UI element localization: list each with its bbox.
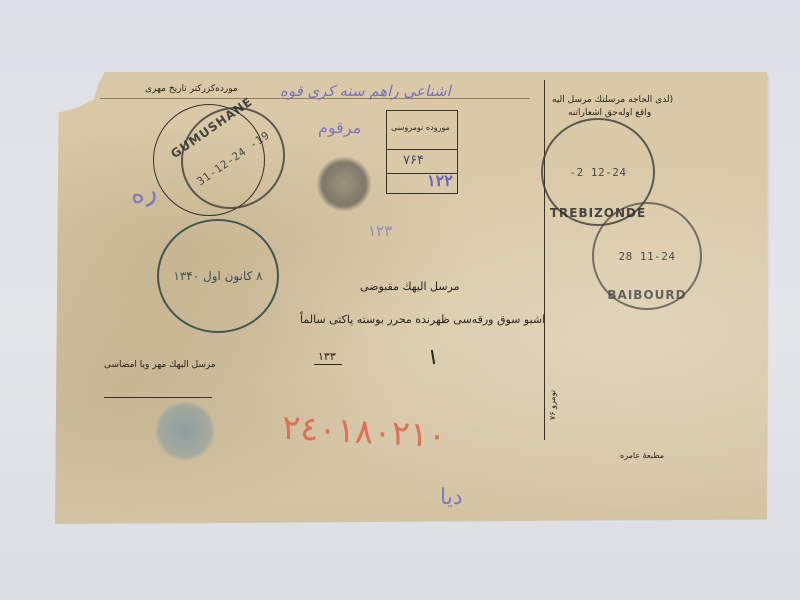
box-value-violet: ۱۲۲ — [427, 171, 453, 190]
registry-number-box: موروده نومروسی ۷۶۴ ۱۲۲ — [386, 110, 458, 194]
side-vertical-text: نومرو ۷۶ — [548, 390, 557, 420]
right-heading-line2: واقع اوله‌جق اشعاراتنه — [568, 108, 651, 118]
signature-line — [104, 397, 212, 398]
header-handwritten: اشناعی راهم سنه کری قوه — [280, 82, 451, 100]
header-printed-label: مورده‌کزرکتر تاریخ مهری — [145, 84, 238, 94]
signature-label: مرسل اليهك مهر ویا امضاسی — [104, 360, 216, 370]
year-underline — [314, 364, 342, 365]
postmark-arabic-blue: ۸ كانون اول ۱۳۴۰ — [157, 219, 279, 333]
printer-label: مطبعهٔ عامره — [620, 451, 664, 460]
seal-blue-faded — [154, 402, 216, 460]
body-line: اشبو سوق ورقه‌سی ظهرنده محرر بوسته پاکتی… — [300, 313, 545, 326]
box-label: موروده نومروسی — [391, 123, 450, 132]
violet-scribble-4: دیا — [440, 485, 463, 510]
violet-scribble-1: مرقوم — [318, 118, 361, 137]
postmark-baibourd: 28 11-24 BAIBOURD — [592, 202, 702, 310]
panel-divider — [544, 80, 545, 440]
red-handwritten-number: ٢٤٠١٨٠٢١٠ — [281, 408, 447, 457]
seal-small-black — [316, 156, 372, 212]
violet-scribble-2: ۱۲۳ — [368, 222, 392, 240]
year-prefix: ۱۳۳ — [318, 350, 336, 363]
right-heading-line1: (لدی الحاجه مرسلنك مرسل اليه — [552, 95, 673, 105]
box-value: ۷۶۴ — [403, 153, 424, 168]
recipient-label: مرسل اليهك مقبوضی — [360, 280, 460, 293]
